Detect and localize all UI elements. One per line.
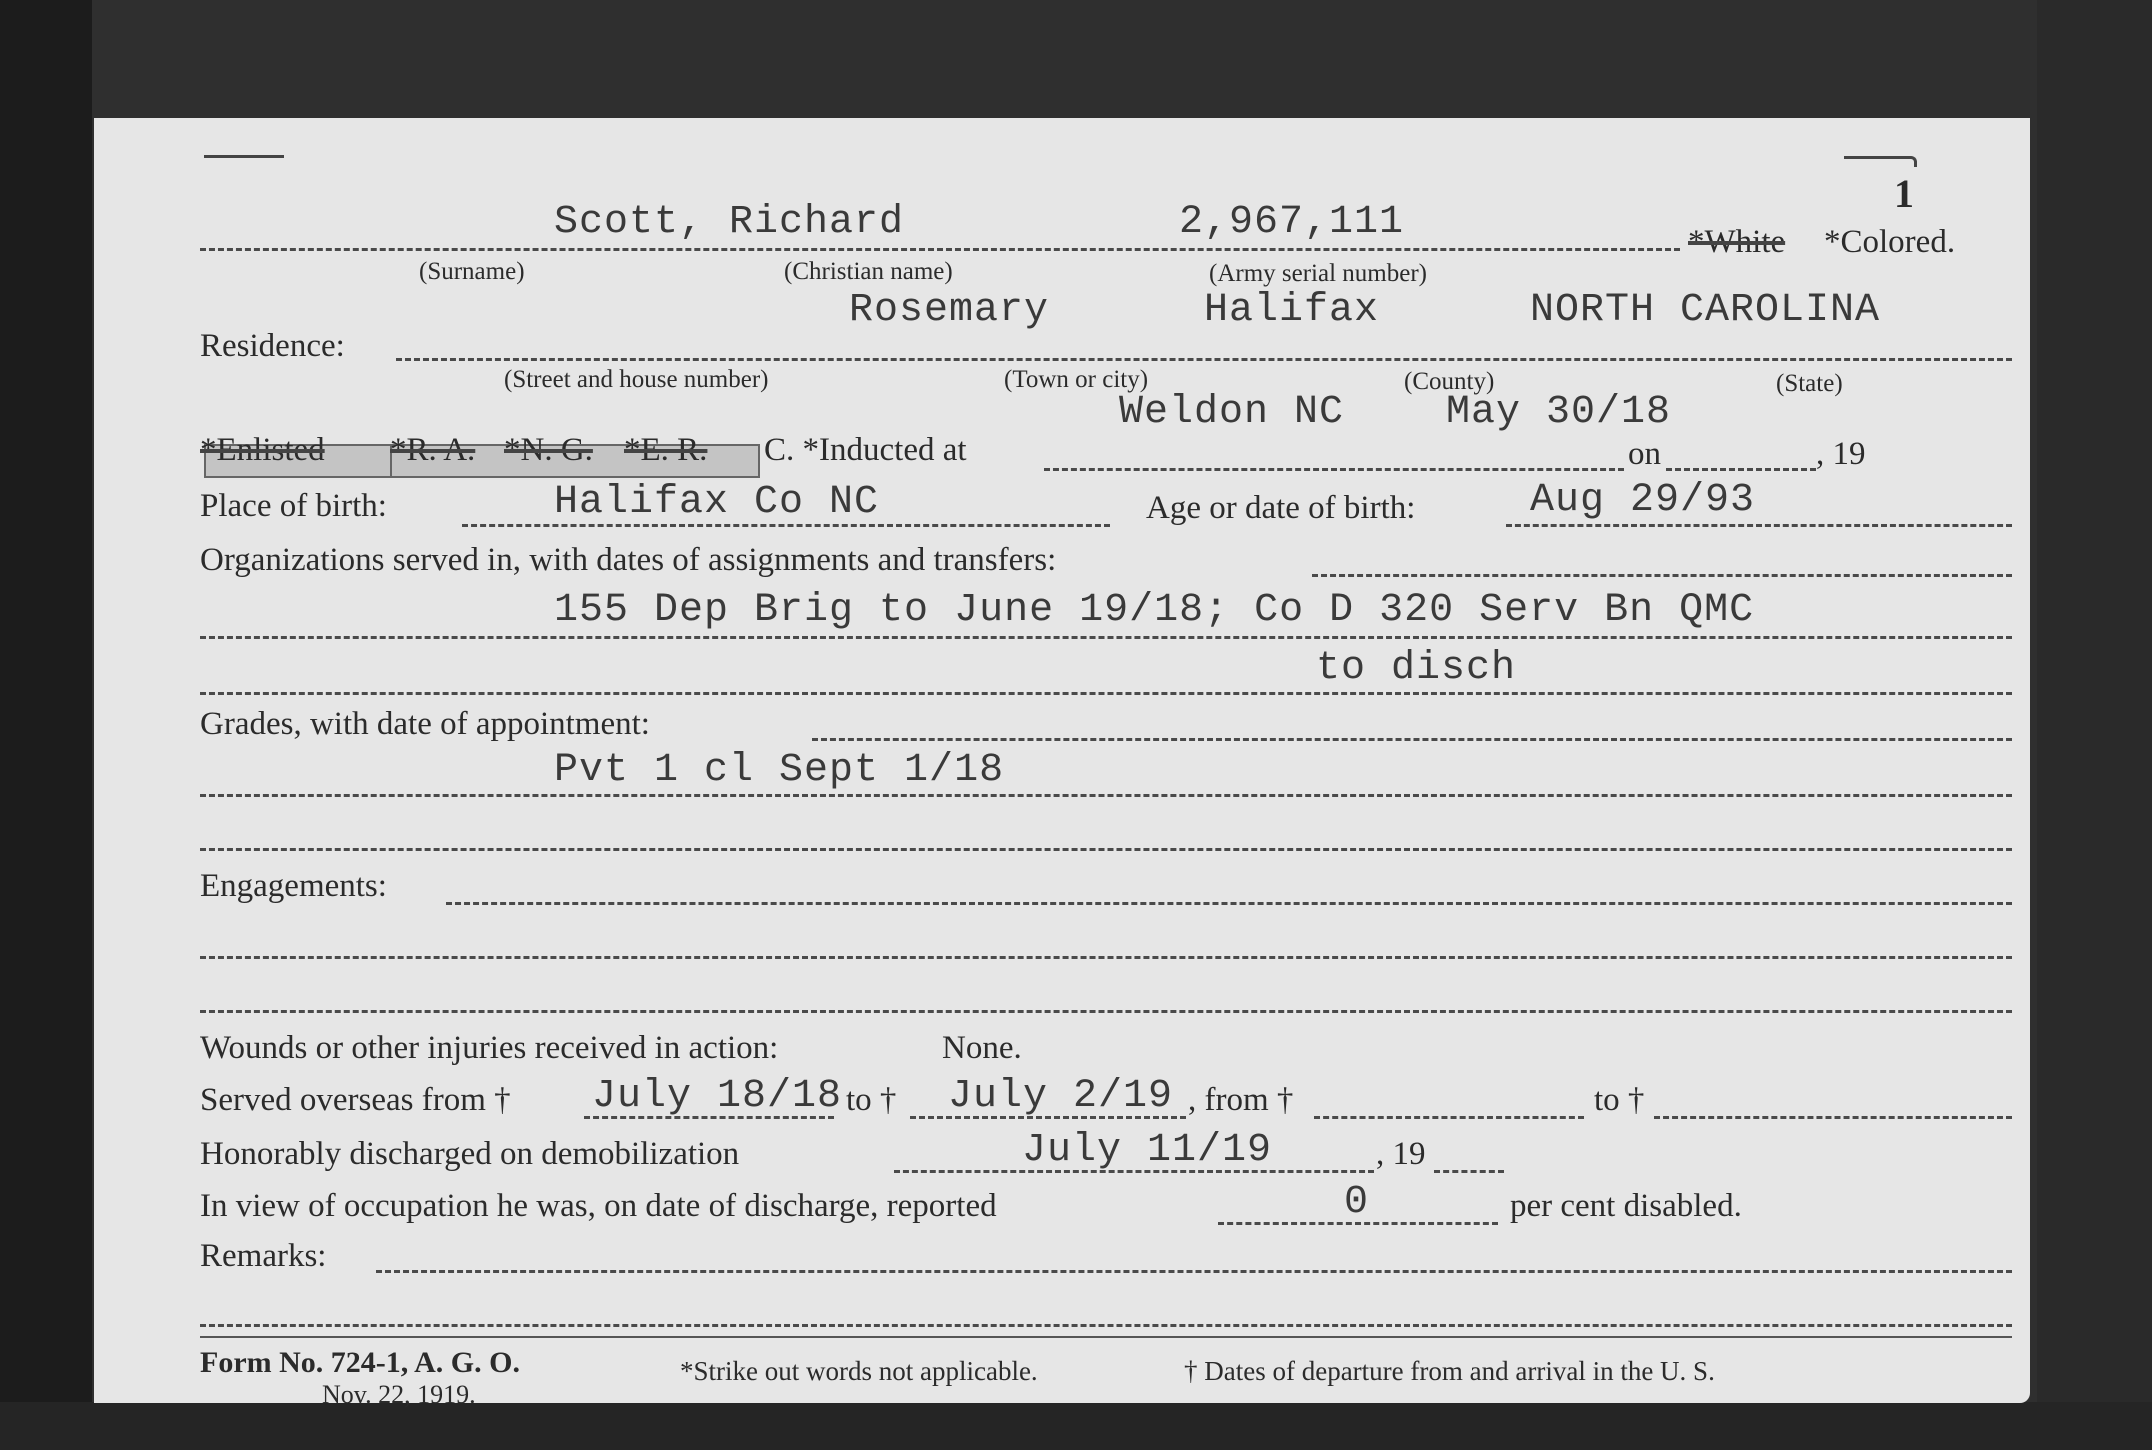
disability-value: 0 [1344,1180,1369,1225]
date-of-birth-label: Age or date of birth: [1146,490,1415,527]
footnote-strike: *Strike out words not applicable. [680,1356,1038,1387]
caption-serial: (Army serial number) [1209,260,1427,288]
ra-label: *R. A. [390,432,475,469]
engagements-label: Engagements: [200,868,387,905]
caption-street: (Street and house number) [504,366,769,394]
overseas-from2-label: , from † [1188,1082,1293,1119]
engagements-line-1 [200,956,2012,959]
grades-line-2 [200,848,2012,851]
date-of-birth-line [1506,524,2012,527]
remarks-line-1 [200,1324,2012,1327]
caption-state: (State) [1776,370,1843,398]
discharge-line [894,1170,1374,1173]
residence-line [396,358,2012,361]
race-white: *White [1688,224,1785,261]
organizations-value-line1: 155 Dep Brig to June 19/18; Co D 320 Ser… [554,588,1754,633]
erc-label: *E. R. [624,432,707,469]
name-value: Scott, Richard [554,200,904,245]
footnote-dates: † Dates of departure from and arrival in… [1184,1356,1715,1387]
ng-label: *N. G. [504,432,593,469]
remarks-label: Remarks: [200,1238,326,1275]
organizations-line-0 [1312,574,2012,577]
overseas-to-line [910,1116,1186,1119]
overseas-to2-label: to † [1594,1082,1644,1119]
overseas-from-value: July 18/18 [592,1074,842,1119]
overseas-from2-line [1314,1116,1584,1119]
inducted-place-value: Weldon NC [1119,390,1344,435]
top-left-mark [204,155,284,158]
form-number: Form No. 724-1, A. G. O. [200,1346,520,1380]
grades-label: Grades, with date of appointment: [200,706,650,743]
grades-value: Pvt 1 cl Sept 1/18 [554,748,1004,793]
inducted-line [1044,468,1624,471]
place-of-birth-line [462,524,1110,527]
scan-left-border [0,0,92,1450]
grades-line-0 [812,738,2012,741]
caption-surname: (Surname) [419,258,525,286]
organizations-line-2 [200,692,2012,695]
year-label: , 19 [1816,436,1866,473]
residence-county-value: Halifax [1204,288,1379,333]
race-colored: *Colored. [1824,224,1955,261]
card-number-mark [1844,156,1917,167]
organizations-value-line2: to disch [1316,646,1516,691]
service-record-card: 1 Scott, Richard 2,967,111 *White *Color… [94,118,2030,1403]
scan-right-border [2037,0,2152,1450]
form-date: Nov. 22, 1919. [322,1380,476,1410]
discharge-year-line [1434,1170,1504,1173]
place-of-birth-value: Halifax Co NC [554,480,879,525]
residence-label: Residence: [200,328,345,365]
inducted-date-value: May 30/18 [1446,390,1671,435]
enlisted-label: *Enlisted [200,432,325,469]
organizations-label: Organizations served in, with dates of a… [200,542,1056,579]
disability-line [1218,1222,1498,1225]
engagements-line-0 [446,902,2012,905]
remarks-line-0 [376,1270,2012,1273]
overseas-to2-line [1654,1116,2012,1119]
residence-state-value: NORTH CAROLINA [1530,288,1880,333]
wounds-label: Wounds or other injuries received in act… [200,1030,778,1067]
grades-line-1 [200,794,2012,797]
place-of-birth-label: Place of birth: [200,488,387,525]
card-number: 1 [1894,170,1914,217]
residence-town-value: Rosemary [849,288,1049,333]
disability-suffix: per cent disabled. [1510,1188,1742,1225]
overseas-from-line [584,1116,834,1119]
organizations-line-1 [200,636,2012,639]
discharge-value: July 11/19 [1022,1128,1272,1173]
disability-label: In view of occupation he was, on date of… [200,1188,997,1225]
overseas-to-label: to † [846,1082,896,1119]
on-label: on [1628,436,1661,473]
inducted-label: C. *Inducted at [764,432,967,469]
footer-rule [200,1336,2012,1338]
discharge-year-label: , 19 [1376,1136,1426,1173]
discharge-label: Honorably discharged on demobilization [200,1136,739,1173]
caption-christian-name: (Christian name) [784,258,953,286]
date-of-birth-value: Aug 29/93 [1530,478,1755,523]
overseas-to-value: July 2/19 [948,1074,1173,1119]
wounds-value: None. [942,1030,1022,1067]
name-line [200,248,1680,251]
serial-number-value: 2,967,111 [1179,200,1404,245]
engagements-line-2 [200,1010,2012,1013]
on-line [1666,468,1816,471]
overseas-label: Served overseas from † [200,1082,511,1119]
